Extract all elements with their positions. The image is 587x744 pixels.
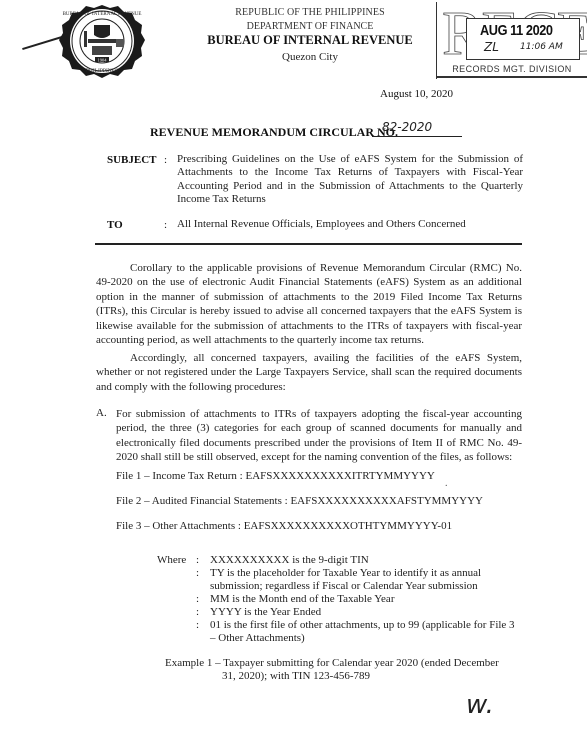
where-item-01: 01 is the first file of other attachment…	[210, 619, 522, 644]
stamp-border-bottom	[436, 76, 587, 78]
file-2-naming: File 2 – Audited Financial Statements : …	[116, 495, 483, 507]
subject-colon: :	[164, 154, 167, 166]
paragraph-accordingly: Accordingly, all concerned taxpayers, av…	[96, 351, 522, 394]
circular-number: 82-2020	[372, 120, 462, 137]
paragraph-corollary: Corollary to the applicable provisions o…	[96, 261, 522, 347]
stray-mark: .	[445, 478, 448, 489]
to-colon: :	[164, 219, 167, 231]
example-1: Example 1 – Taxpayer submitting for Cale…	[165, 657, 525, 683]
where-colon: :	[196, 554, 199, 566]
to-text: All Internal Revenue Officials, Employee…	[177, 218, 466, 230]
bir-seal-icon: BUREAU OF INTERNAL REVENUE PHILIPPINES 1…	[58, 3, 146, 79]
stamp-time: 11:06 AM	[520, 42, 563, 52]
svg-text:BUREAU OF INTERNAL REVENUE: BUREAU OF INTERNAL REVENUE	[63, 12, 142, 17]
file-3-naming: File 3 – Other Attachments : EAFSXXXXXXX…	[116, 520, 452, 532]
item-a-marker: A.	[96, 407, 107, 419]
where-colon: :	[196, 619, 199, 631]
to-label: TO	[107, 219, 123, 231]
where-item-tin: XXXXXXXXXX is the 9-digit TIN	[210, 554, 522, 567]
file-1-naming: File 1 – Income Tax Return : EAFSXXXXXXX…	[116, 470, 435, 482]
header-divider	[95, 243, 522, 245]
subject-label: SUBJECT	[107, 154, 157, 166]
where-label: Where	[157, 554, 186, 566]
where-colon: :	[196, 567, 199, 579]
letterhead-republic: REPUBLIC OF THE PHILIPPINES	[200, 7, 420, 18]
subject-text: Prescribing Guidelines on the Use of eAF…	[177, 153, 523, 206]
circular-title: REVENUE MEMORANDUM CIRCULAR NO.	[150, 125, 398, 140]
item-a-text: For submission of attachments to ITRs of…	[116, 407, 522, 465]
where-colon: :	[196, 593, 199, 605]
stamp-division: RECORDS MGT. DIVISION	[442, 64, 582, 74]
document-date: August 10, 2020	[380, 88, 453, 100]
letterhead-department: DEPARTMENT OF FINANCE	[200, 21, 420, 32]
where-item-yyyy: YYYY is the Year Ended	[210, 606, 522, 619]
handwritten-initials: w.	[466, 690, 494, 720]
example-1-line-1: Example 1 – Taxpayer submitting for Cale…	[165, 657, 499, 669]
stamp-date: AUG 11 2020	[480, 22, 553, 39]
stamp-initials: ZL	[484, 40, 499, 54]
letterhead-bureau: BUREAU OF INTERNAL REVENUE	[200, 33, 420, 48]
example-1-line-2: 31, 2020); with TIN 123-456-789	[165, 670, 525, 683]
svg-text:1904: 1904	[98, 58, 108, 63]
where-item-mm: MM is the Month end of the Taxable Year	[210, 593, 522, 606]
svg-text:PHILIPPINES: PHILIPPINES	[86, 68, 118, 74]
where-item-ty: TY is the placeholder for Taxable Year t…	[210, 567, 522, 592]
where-colon: :	[196, 606, 199, 618]
letterhead-city: Quezon City	[200, 51, 420, 63]
